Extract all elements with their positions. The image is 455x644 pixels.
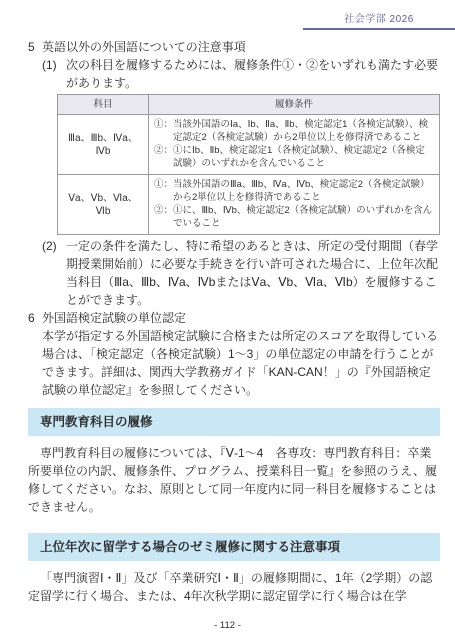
condition-2: ②：①に、Ⅲb、Ⅳb、検定認定2（各検定試験）のいずれかを含んでいること: [154, 204, 434, 230]
condition-column-header: 履修条件: [149, 95, 440, 115]
subject-cell: Ⅴa、Ⅴb、Ⅵa、Ⅵb: [58, 175, 149, 235]
table-header-row: 科目 履修条件: [58, 95, 440, 115]
section-5-number: 5: [28, 38, 42, 56]
condition-cell: ①：当該外国語のⅢa、Ⅲb、Ⅳa、Ⅳb、検定認定2（各検定試験）から2単位以上を…: [149, 175, 440, 235]
prerequisite-table: 科目 履修条件 Ⅲa、Ⅲb、Ⅳa、Ⅳb ①：当該外国語のⅠa、Ⅰb、Ⅱa、Ⅱb、…: [57, 94, 440, 235]
condition-cell: ①：当該外国語のⅠa、Ⅰb、Ⅱa、Ⅱb、検定認定1（各検定試験）、検定認定2（各…: [149, 115, 440, 175]
section-5-item-1: (1) 次の科目を履修するためには、履修条件①・②をいずれも満たす必要があります…: [42, 56, 440, 92]
study-abroad-body: 「専門演習Ⅰ・Ⅱ」及び「卒業研究Ⅰ・Ⅱ」の履修期間に、1年（2学期）の認定留学に…: [28, 569, 440, 605]
item-1-marker: (1): [42, 56, 66, 92]
page-number: - 112 -: [214, 620, 241, 631]
page-footer: - 112 -: [0, 620, 455, 631]
page-header: 社会学部 2026: [303, 10, 455, 30]
section-6-body: 本学が指定する外国語検定試験に合格または所定のスコアを取得している場合は、「検定…: [42, 327, 440, 399]
condition-2: ②：①にⅠb、Ⅱb、検定認定1（各検定試験）、検定認定2（各検定試験）のいずれか…: [154, 144, 434, 170]
page-content: 5 英語以外の外国語についての注意事項 (1) 次の科目を履修するためには、履修…: [28, 38, 440, 605]
table-row: Ⅴa、Ⅴb、Ⅵa、Ⅵb ①：当該外国語のⅢa、Ⅲb、Ⅳa、Ⅳb、検定認定2（各検…: [58, 175, 440, 235]
specialized-courses-banner: 専門教育科目の履修: [28, 408, 440, 436]
table-row: Ⅲa、Ⅲb、Ⅳa、Ⅳb ①：当該外国語のⅠa、Ⅰb、Ⅱa、Ⅱb、検定認定1（各検…: [58, 115, 440, 175]
item-2-marker: (2): [42, 237, 66, 309]
section-6-title: 外国語検定試験の単位認定: [42, 309, 440, 327]
document-page: 社会学部 2026 5 英語以外の外国語についての注意事項 (1) 次の科目を履…: [0, 0, 455, 644]
section-6-number: 6: [28, 309, 42, 327]
condition-1: ①：当該外国語のⅢa、Ⅲb、Ⅳa、Ⅳb、検定認定2（各検定試験）から2単位以上を…: [154, 178, 434, 204]
faculty-year-label: 社会学部 2026: [344, 14, 414, 25]
section-5-title: 英語以外の外国語についての注意事項: [42, 38, 440, 56]
specialized-courses-body: 専門教育科目の履修については、『Ⅴ-1～4 各専攻：専門教育科目：卒業所要単位の…: [28, 444, 440, 516]
section-5-heading: 5 英語以外の外国語についての注意事項: [28, 38, 440, 56]
item-2-text: 一定の条件を満たし、特に希望のあるときは、所定の受付期間（春学期授業開始前）に必…: [66, 237, 440, 309]
subject-column-header: 科目: [58, 95, 149, 115]
section-6-heading: 6 外国語検定試験の単位認定: [28, 309, 440, 327]
item-1-text: 次の科目を履修するためには、履修条件①・②をいずれも満たす必要があります。: [66, 56, 440, 92]
condition-1: ①：当該外国語のⅠa、Ⅰb、Ⅱa、Ⅱb、検定認定1（各検定試験）、検定認定2（各…: [154, 118, 434, 144]
study-abroad-banner: 上位年次に留学する場合のゼミ履修に関する注意事項: [28, 533, 440, 561]
section-5-item-2: (2) 一定の条件を満たし、特に希望のあるときは、所定の受付期間（春学期授業開始…: [42, 237, 440, 309]
subject-cell: Ⅲa、Ⅲb、Ⅳa、Ⅳb: [58, 115, 149, 175]
